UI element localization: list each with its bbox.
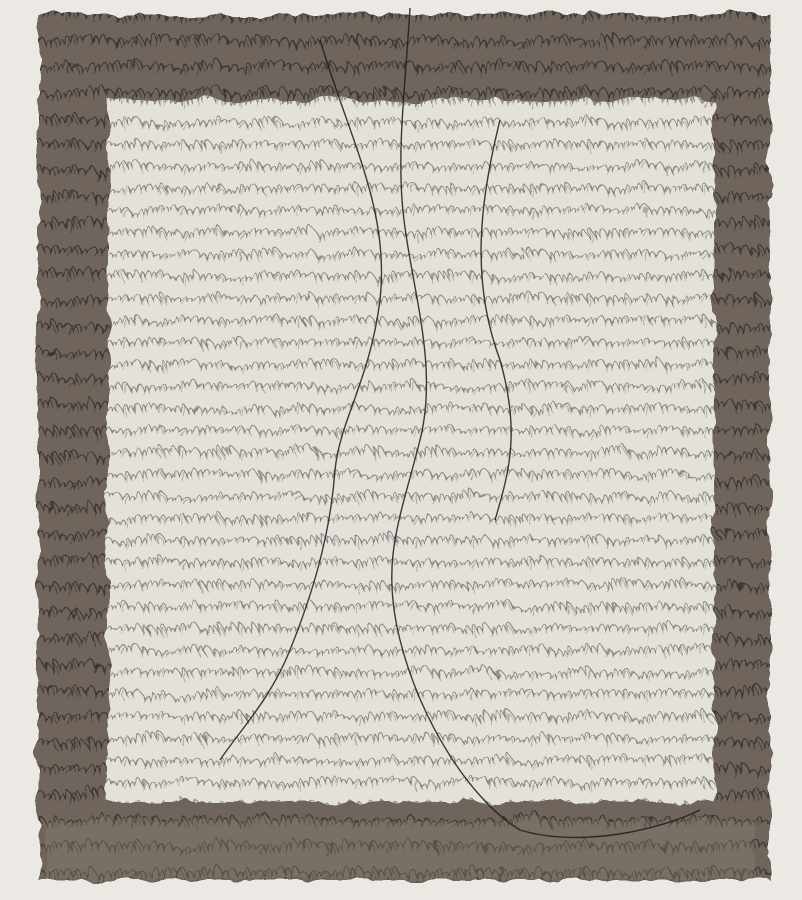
artwork-canvas [0,0,802,900]
textile-artwork [0,0,802,900]
